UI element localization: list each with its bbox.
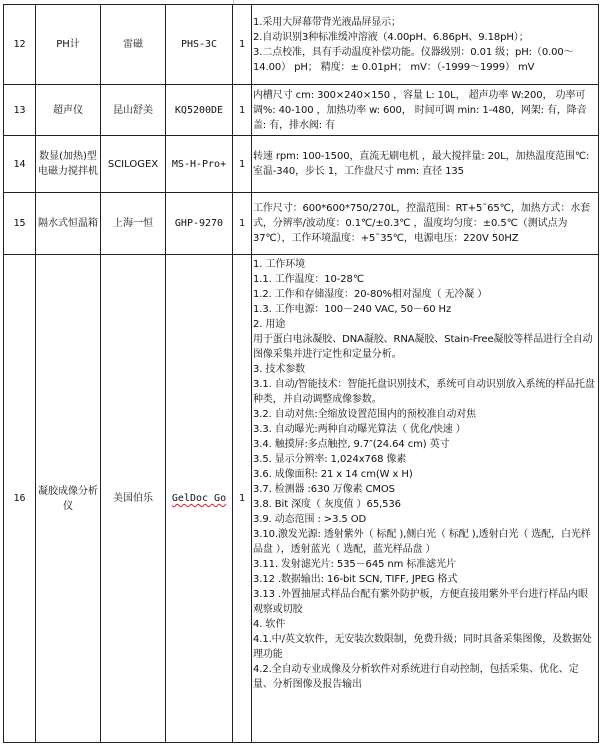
spec-line: 工作尺寸：600*600*750/270L，控温范围：RT+5˜65℃，加热方式… bbox=[253, 201, 596, 246]
specification: 内槽尺寸 cm: 300×240×150 ，容量 L: 10L， 超声功率 W:… bbox=[252, 85, 599, 136]
brand: 雷磁 bbox=[101, 5, 166, 85]
quantity: 1 bbox=[233, 5, 252, 85]
equipment-spec-table: 12 PH计 雷磁 PHS-3C 1 1.采用大屏幕带背光液晶屏显示； 2.自动… bbox=[3, 4, 599, 743]
row-number: 16 bbox=[4, 255, 36, 743]
table-row: 15 隔水式恒温箱 上海一恒 GHP-9270 1 工作尺寸：600*600*7… bbox=[4, 193, 599, 255]
model: KQ5200DE bbox=[166, 85, 233, 136]
table-row: 16 凝胶成像分析仪 美国伯乐 GelDoc Go 1 1. 工作环境 1.1.… bbox=[4, 255, 599, 743]
spec-line: 用于蛋白电泳凝胶、DNA凝胶、RNA凝胶、Stain-Free凝胶等样品进行全自… bbox=[253, 332, 596, 362]
brand: 昆山舒美 bbox=[101, 85, 166, 136]
spec-line: 3.9. 动态范围 : >3.5 OD bbox=[253, 512, 596, 527]
spec-line: 1.采用大屏幕带背光液晶屏显示； bbox=[253, 15, 596, 30]
spec-line: 3.6. 成像面积: 21 x 14 cm(W x H) bbox=[253, 467, 596, 482]
equipment-name: 数显(加热)型电磁力搅拌机 bbox=[36, 136, 101, 193]
spec-line: 3.2. 自动对焦:全缩放设置范围内的预校准自动对焦 bbox=[253, 407, 596, 422]
spec-line: 1.2. 工作和存储湿度：20-80%相对湿度（ 无冷凝 ） bbox=[253, 287, 596, 302]
equipment-name: 隔水式恒温箱 bbox=[36, 193, 101, 255]
brand: SCILOGEX bbox=[101, 136, 166, 193]
spec-line: 3.3. 自动曝光:两种自动曝光算法（ 优化/快速 ） bbox=[253, 422, 596, 437]
specification: 工作尺寸：600*600*750/270L，控温范围：RT+5˜65℃，加热方式… bbox=[252, 193, 599, 255]
spec-line: 3.1. 自动/智能技术：智能托盘识别技术，系统可自动识别放入系统的样品托盘种类… bbox=[253, 377, 596, 407]
brand: 上海一恒 bbox=[101, 193, 166, 255]
model: PHS-3C bbox=[166, 5, 233, 85]
equipment-name: PH计 bbox=[36, 5, 101, 85]
spec-line: 3.13 .外置抽屉式样品台配有紫外防护板，方便直接用紫外平台进行样品内眼观察或… bbox=[253, 587, 596, 617]
spec-line: 3.5. 显示分辨率: 1,024x768 像素 bbox=[253, 452, 596, 467]
spec-line: 2.自动识别3种标准缓冲溶液（4.00pH、6.86pH、9.18pH）； bbox=[253, 30, 596, 45]
specification: 1. 工作环境 1.1. 工作温度：10-28℃ 1.2. 工作和存储湿度：20… bbox=[252, 255, 599, 743]
equipment-name: 凝胶成像分析仪 bbox=[36, 255, 101, 743]
brand: 美国伯乐 bbox=[101, 255, 166, 743]
model-text: GelDoc Go bbox=[172, 493, 226, 504]
spec-line: 转速 rpm: 100-1500，直流无刷电机 ，最大搅拌量: 20L，加热温度… bbox=[253, 149, 596, 179]
specification: 转速 rpm: 100-1500，直流无刷电机 ，最大搅拌量: 20L，加热温度… bbox=[252, 136, 599, 193]
spec-line: 4. 软件 bbox=[253, 617, 596, 632]
table-row: 14 数显(加热)型电磁力搅拌机 SCILOGEX MS-H-Pro+ 1 转速… bbox=[4, 136, 599, 193]
spec-line: 3. 技术参数 bbox=[253, 362, 596, 377]
quantity: 1 bbox=[233, 255, 252, 743]
spec-line: 1.3. 工作电源：100－240 VAC, 50－60 Hz bbox=[253, 302, 596, 317]
spec-line: 1.1. 工作温度：10-28℃ bbox=[253, 272, 596, 287]
table-row: 12 PH计 雷磁 PHS-3C 1 1.采用大屏幕带背光液晶屏显示； 2.自动… bbox=[4, 5, 599, 85]
spec-line: 3.7. 检测器 :630 万像素 CMOS bbox=[253, 482, 596, 497]
quantity: 1 bbox=[233, 193, 252, 255]
model: GelDoc Go bbox=[166, 255, 233, 743]
spec-line: 3.12 .数据输出: 16-bit SCN, TIFF, JPEG 格式 bbox=[253, 572, 596, 587]
specification: 1.采用大屏幕带背光液晶屏显示； 2.自动识别3种标准缓冲溶液（4.00pH、6… bbox=[252, 5, 599, 85]
quantity: 1 bbox=[233, 136, 252, 193]
spec-line: 2. 用途 bbox=[253, 317, 596, 332]
spec-line: 内槽尺寸 cm: 300×240×150 ，容量 L: 10L， 超声功率 W:… bbox=[253, 88, 596, 133]
quantity: 1 bbox=[233, 85, 252, 136]
spec-line: 3.4. 触摸屏:多点触控, 9.7″(24.64 cm) 英寸 bbox=[253, 437, 596, 452]
equipment-name: 超声仪 bbox=[36, 85, 101, 136]
spec-line: 3.二点校准，具有手动温度补偿功能。仪器级别：0.01 级；pH:（0.00～1… bbox=[253, 45, 596, 75]
spec-line: 3.11. 发射滤光片: 535－645 nm 标准滤光片 bbox=[253, 557, 596, 572]
row-number: 15 bbox=[4, 193, 36, 255]
spec-line: 3.8. Bit 深度（ 灰度值 ）65,536 bbox=[253, 497, 596, 512]
row-number: 13 bbox=[4, 85, 36, 136]
spec-line: 4.2.全自动专业成像及分析软件对系统进行自动控制，包括采集、优化、定量、分析图… bbox=[253, 662, 596, 692]
row-number: 12 bbox=[4, 5, 36, 85]
row-number: 14 bbox=[4, 136, 36, 193]
model: GHP-9270 bbox=[166, 193, 233, 255]
spec-line: 3.10.激发光源: 透射紫外（ 标配 ),侧白光（ 标配 ),透射白光（ 选配… bbox=[253, 527, 596, 557]
spec-line: 4.1.中/英文软件，无安装次数限制，免费升级；同时具备采集图像，及数据处理功能 bbox=[253, 632, 596, 662]
spec-line: 1. 工作环境 bbox=[253, 257, 596, 272]
model: MS-H-Pro+ bbox=[166, 136, 233, 193]
table-row: 13 超声仪 昆山舒美 KQ5200DE 1 内槽尺寸 cm: 300×240×… bbox=[4, 85, 599, 136]
